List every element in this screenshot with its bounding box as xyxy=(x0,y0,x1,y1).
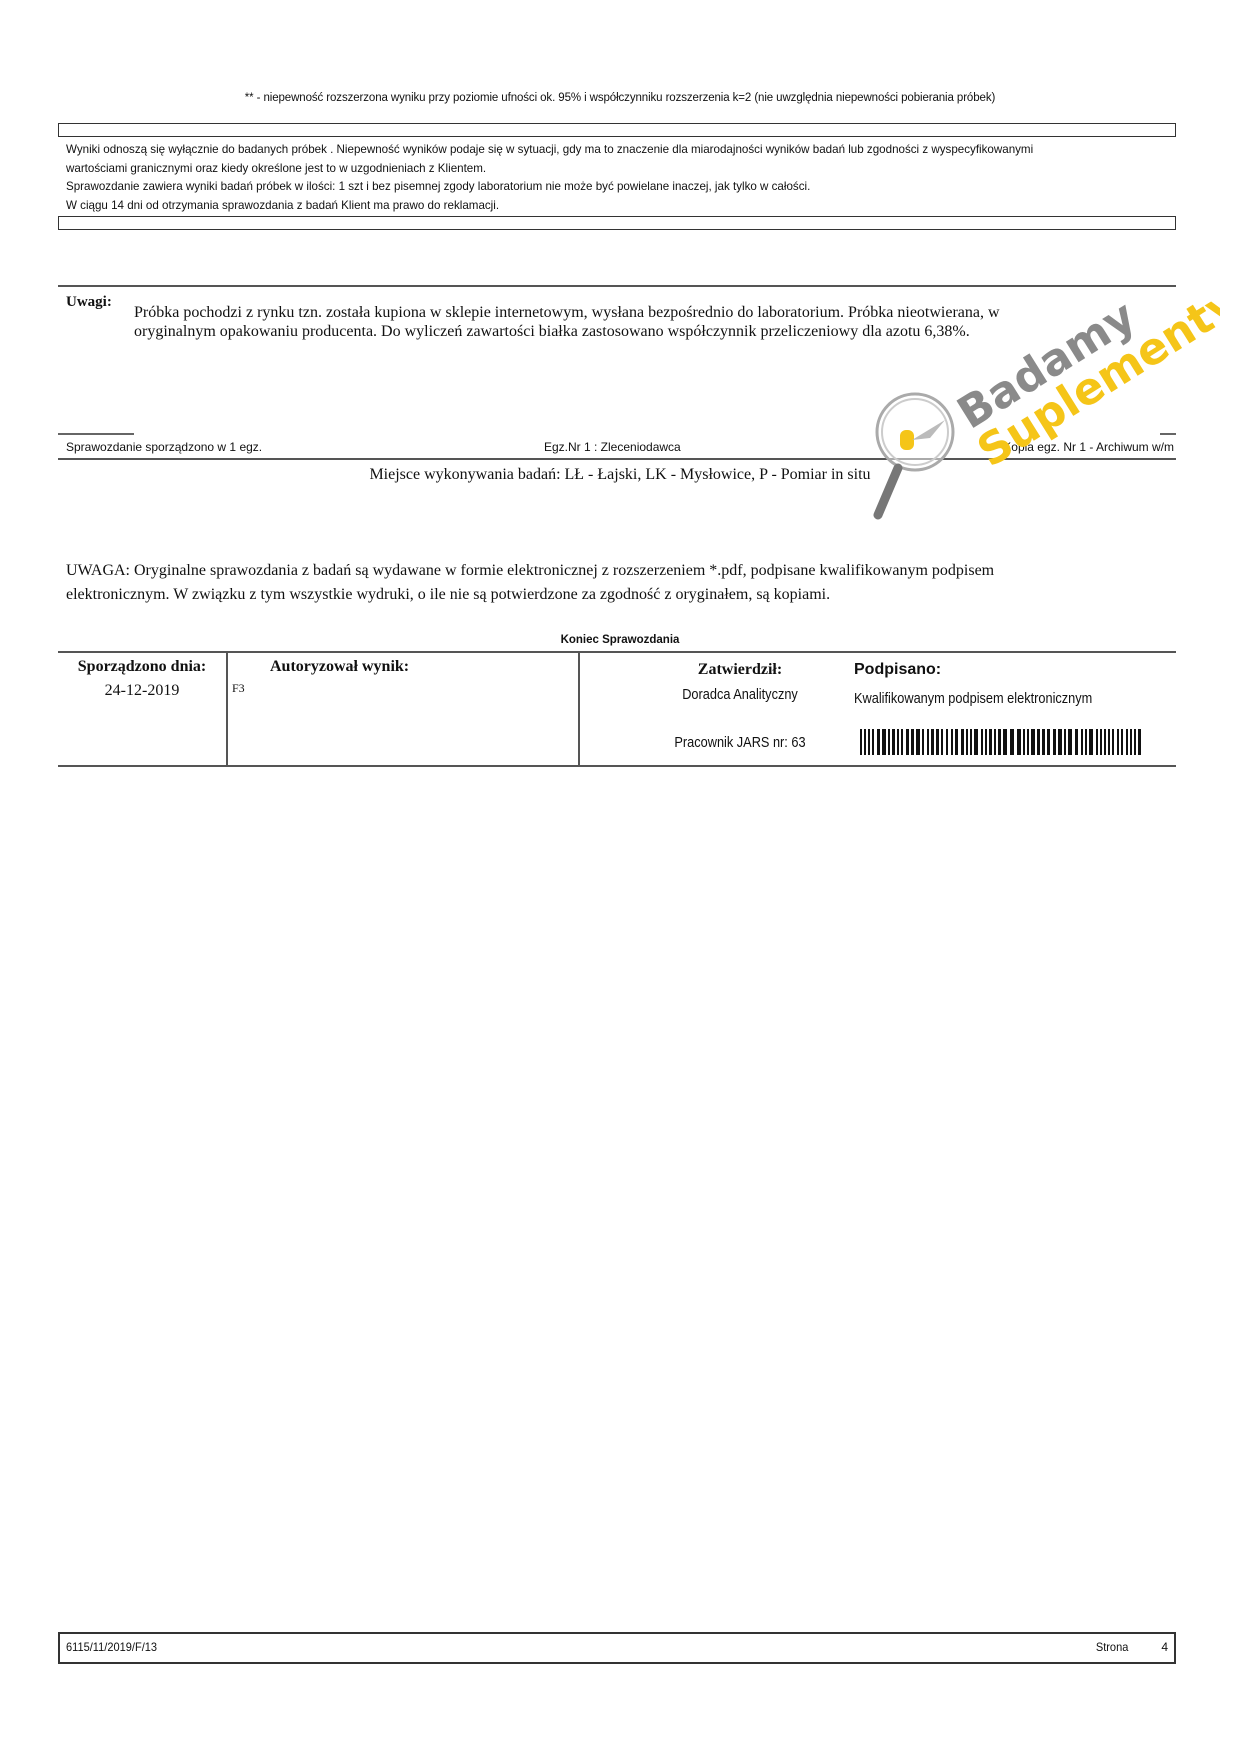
page-number: 4 xyxy=(1161,1640,1168,1654)
copy-recipient: Egz.Nr 1 : Zleceniodawca xyxy=(544,440,681,454)
report-code: 6115/11/2019/F/13 xyxy=(66,1640,157,1654)
magnifier-icon xyxy=(877,394,953,515)
disclaimer-line: W ciągu 14 dni od otrzymania sprawozdani… xyxy=(66,197,1166,216)
prepared-date-label: Sporządzono dnia: xyxy=(58,658,226,676)
test-places: Miejsce wykonywania badań: LŁ - Łajski, … xyxy=(0,466,1240,484)
column-divider xyxy=(578,653,580,765)
original-notice: UWAGA: Oryginalne sprawozdania z badań s… xyxy=(66,559,1066,607)
notice-line: elektronicznym. W związku z tym wszystki… xyxy=(66,583,1066,607)
divider xyxy=(1160,433,1176,435)
notice-line: UWAGA: Oryginalne sprawozdania z badań s… xyxy=(66,559,1066,583)
authorized-label: Autoryzował wynik: xyxy=(270,658,409,676)
signed-value: Kwalifikowanym podpisem elektronicznym xyxy=(854,691,1092,707)
remarks-label: Uwagi: xyxy=(66,294,112,311)
empty-box-bottom xyxy=(58,216,1176,230)
remarks-text: Próbka pochodzi z rynku tzn. została kup… xyxy=(134,303,1034,341)
disclaimer: Wyniki odnoszą się wyłącznie do badanych… xyxy=(66,141,1166,215)
divider xyxy=(58,433,134,435)
empty-box-top xyxy=(58,123,1176,137)
copy-archive: Kopia egz. Nr 1 - Archiwum w/m xyxy=(1003,440,1174,454)
approved-role: Doradca Analityczny xyxy=(652,687,828,703)
approved-label: Zatwierdził: xyxy=(640,661,840,679)
signed-label: Podpisano: xyxy=(854,661,941,679)
disclaimer-line: wartościami granicznymi oraz kiedy okreś… xyxy=(66,160,1166,179)
column-divider xyxy=(226,653,228,765)
barcode-icon xyxy=(860,729,1142,755)
signature-table: Sporządzono dnia: 24-12-2019 Autoryzował… xyxy=(58,651,1176,767)
disclaimer-line: Wyniki odnoszą się wyłącznie do badanych… xyxy=(66,141,1166,160)
copies-count: Sprawozdanie sporządzono w 1 egz. xyxy=(66,440,262,454)
divider xyxy=(58,285,1176,287)
remarks-line: Próbka pochodzi z rynku tzn. została kup… xyxy=(134,303,1034,322)
remarks-line: oryginalnym opakowaniu producenta. Do wy… xyxy=(134,322,1034,341)
approved-worker: Pracownik JARS nr: 63 xyxy=(652,735,828,751)
divider xyxy=(58,458,1176,460)
uncertainty-note: ** - niepewność rozszerzona wyniku przy … xyxy=(0,92,1240,104)
prepared-date: 24-12-2019 xyxy=(58,682,226,700)
disclaimer-line: Sprawozdanie zawiera wyniki badań próbek… xyxy=(66,178,1166,197)
authorized-value: F3 xyxy=(232,681,245,696)
page-label: Strona xyxy=(1095,1640,1128,1654)
page-footer: 6115/11/2019/F/13 Strona 4 xyxy=(58,1632,1176,1664)
end-of-report: Koniec Sprawozdania xyxy=(0,634,1240,646)
